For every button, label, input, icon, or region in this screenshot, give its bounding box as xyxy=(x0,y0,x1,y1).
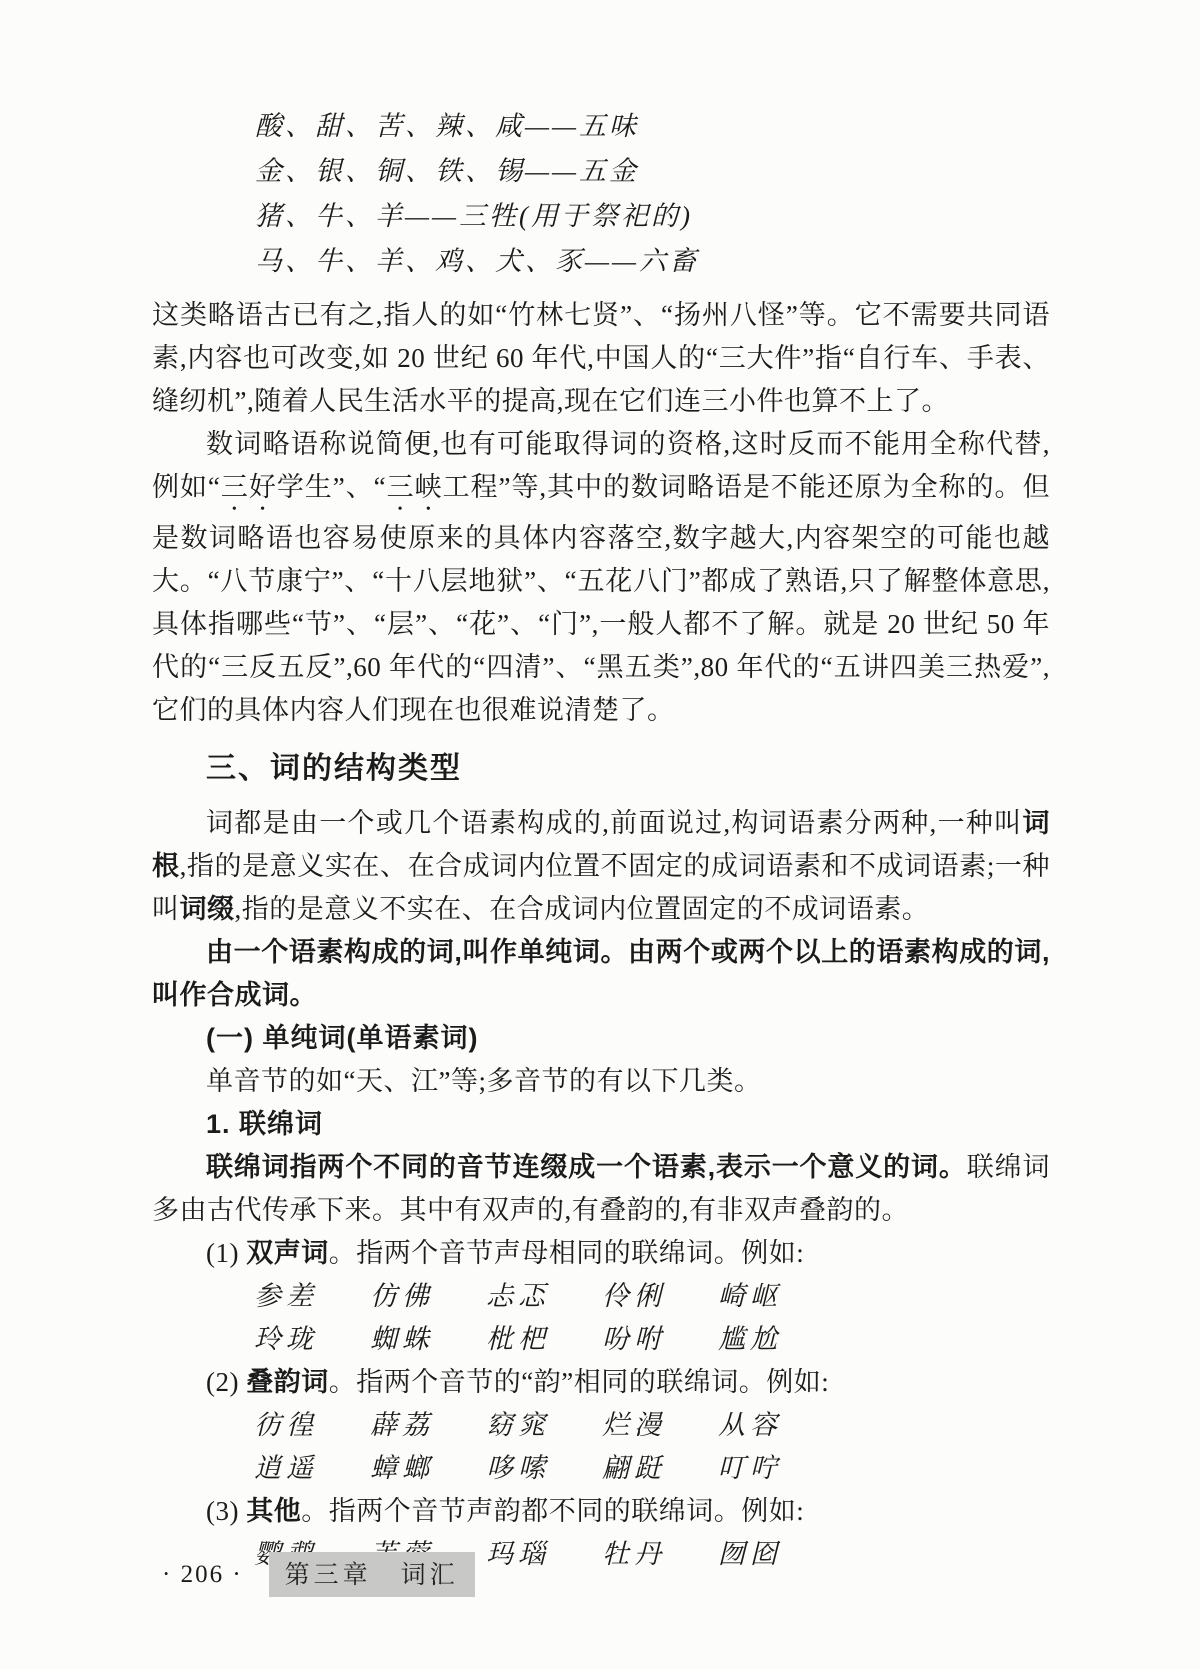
paragraph-word-type-definitions: 由一个语素构成的词,叫作单纯词。由两个或两个以上的语素构成的词,叫作合成词。 xyxy=(152,931,1050,1017)
example-word: 逍遥 xyxy=(254,1447,318,1490)
example-word: 翩跹 xyxy=(602,1447,666,1490)
subsection-heading-danchunci: (一) 单纯词(单语素词) xyxy=(152,1017,1050,1060)
example-word: 烂漫 xyxy=(602,1404,666,1447)
example-word-row-shuangsheng-1: 参差 仿佛 忐忑 伶俐 崎岖 xyxy=(152,1275,1050,1318)
example-word: 崎岖 xyxy=(718,1275,782,1318)
example-word: 伶俐 xyxy=(602,1275,666,1318)
section-heading-word-structure: 三、词的结构类型 xyxy=(206,750,1050,788)
example-word: 囫囵 xyxy=(718,1533,782,1576)
paragraph-morpheme-types: 词都是由一个或几个语素构成的,前面说过,构词语素分两种,一种叫词根,指的是意义实… xyxy=(152,802,1050,931)
example-word: 薜荔 xyxy=(370,1404,434,1447)
paragraph-monosyllable: 单音节的如“天、江”等;多音节的有以下几类。 xyxy=(152,1060,1050,1103)
paragraph-lianmianci-definition: 联绵词指两个不同的音节连缀成一个语素,表示一个意义的词。联绵词多由古代传承下来。… xyxy=(152,1146,1050,1232)
text-run: 。指两个音节声韵都不同的联绵词。例如: xyxy=(301,1496,804,1526)
page: 酸、甜、苦、辣、咸——五味 金、银、铜、铁、锡——五金 猪、牛、羊——三牲(用于… xyxy=(0,0,1200,1669)
example-word: 蜘蛛 xyxy=(370,1318,434,1361)
example-word: 枇杷 xyxy=(486,1318,550,1361)
text-run: 词都是由一个或几个语素构成的,前面说过,构词语素分两种,一种叫 xyxy=(206,808,1023,838)
list-item-number: (2) xyxy=(206,1367,246,1397)
text-run: ,指的是意义不实在、在合成词内位置固定的不成词语素。 xyxy=(235,894,930,924)
subsection-heading-lianmianci: 1. 联绵词 xyxy=(152,1103,1050,1146)
example-word: 玲珑 xyxy=(254,1318,318,1361)
example-word: 从容 xyxy=(718,1404,782,1447)
emphasized-text-sanxia: 三峡 xyxy=(386,472,442,502)
example-word: 仿佛 xyxy=(370,1275,434,1318)
example-word: 吩咐 xyxy=(602,1318,666,1361)
example-word: 参差 xyxy=(254,1275,318,1318)
page-content: 酸、甜、苦、辣、咸——五味 金、银、铜、铁、锡——五金 猪、牛、羊——三牲(用于… xyxy=(152,104,1050,1576)
text-run: 。指两个音节的“韵”相同的联绵词。例如: xyxy=(329,1367,829,1397)
bold-term-shuangshengci: 双声词 xyxy=(246,1238,329,1268)
list-item-shuangshengci: (1) 双声词。指两个音节声母相同的联绵词。例如: xyxy=(152,1232,1050,1275)
page-footer: · 206 · 第三章 词汇 xyxy=(162,1552,475,1597)
list-item-number: (1) xyxy=(206,1238,246,1268)
example-word: 哆嗦 xyxy=(486,1447,550,1490)
paragraph-numeral-abbreviation: 数词略语称说简便,也有可能取得词的资格,这时反而不能用全称代替,例如“三好学生”… xyxy=(152,423,1050,732)
bold-term-qita: 其他 xyxy=(246,1496,301,1526)
example-word: 叮咛 xyxy=(718,1447,782,1490)
page-number: · 206 · xyxy=(162,1561,243,1589)
enumeration-line-wuwei: 酸、甜、苦、辣、咸——五味 xyxy=(152,104,1050,149)
enumeration-line-sansheng: 猪、牛、羊——三牲(用于祭祀的) xyxy=(152,194,1050,239)
example-word: 蟑螂 xyxy=(370,1447,434,1490)
text-run: 工程”等,其中的数词略语是不能还原为全称的。但是数词略语也容易使原来的具体内容落… xyxy=(152,472,1050,725)
list-item-dieyunci: (2) 叠韵词。指两个音节的“韵”相同的联绵词。例如: xyxy=(152,1361,1050,1404)
example-word: 忐忑 xyxy=(486,1275,550,1318)
example-word-row-shuangsheng-2: 玲珑 蜘蛛 枇杷 吩咐 尴尬 xyxy=(152,1318,1050,1361)
enumeration-line-wujin: 金、银、铜、铁、锡——五金 xyxy=(152,149,1050,194)
bold-term-dieyunci: 叠韵词 xyxy=(246,1367,329,1397)
text-run: 。指两个音节声母相同的联绵词。例如: xyxy=(329,1238,805,1268)
enumeration-line-liuchu: 马、牛、羊、鸡、犬、豕——六畜 xyxy=(152,239,1050,284)
enumeration-examples: 酸、甜、苦、辣、咸——五味 金、银、铜、铁、锡——五金 猪、牛、羊——三牲(用于… xyxy=(152,104,1050,284)
emphasized-text-sanhao: 三好 xyxy=(220,472,276,502)
example-word: 玛瑙 xyxy=(486,1533,550,1576)
example-word: 尴尬 xyxy=(718,1318,782,1361)
example-word-row-dieyun-1: 彷徨 薜荔 窈窕 烂漫 从容 xyxy=(152,1404,1050,1447)
bold-definition-lianmianci: 联绵词指两个不同的音节连缀成一个语素,表示一个意义的词。 xyxy=(206,1152,967,1182)
paragraph-abbreviation-history: 这类略语古已有之,指人的如“竹林七贤”、“扬州八怪”等。它不需要共同语素,内容也… xyxy=(152,294,1050,423)
example-word: 彷徨 xyxy=(254,1404,318,1447)
list-item-qita: (3) 其他。指两个音节声韵都不同的联绵词。例如: xyxy=(152,1490,1050,1533)
bold-term-cizhui: 词缀 xyxy=(180,894,235,924)
example-word-row-dieyun-2: 逍遥 蟑螂 哆嗦 翩跹 叮咛 xyxy=(152,1447,1050,1490)
example-word: 窈窕 xyxy=(486,1404,550,1447)
text-run: 学生”、“ xyxy=(277,472,386,502)
chapter-running-title: 第三章 词汇 xyxy=(269,1552,475,1597)
example-word: 牡丹 xyxy=(602,1533,666,1576)
list-item-number: (3) xyxy=(206,1496,246,1526)
